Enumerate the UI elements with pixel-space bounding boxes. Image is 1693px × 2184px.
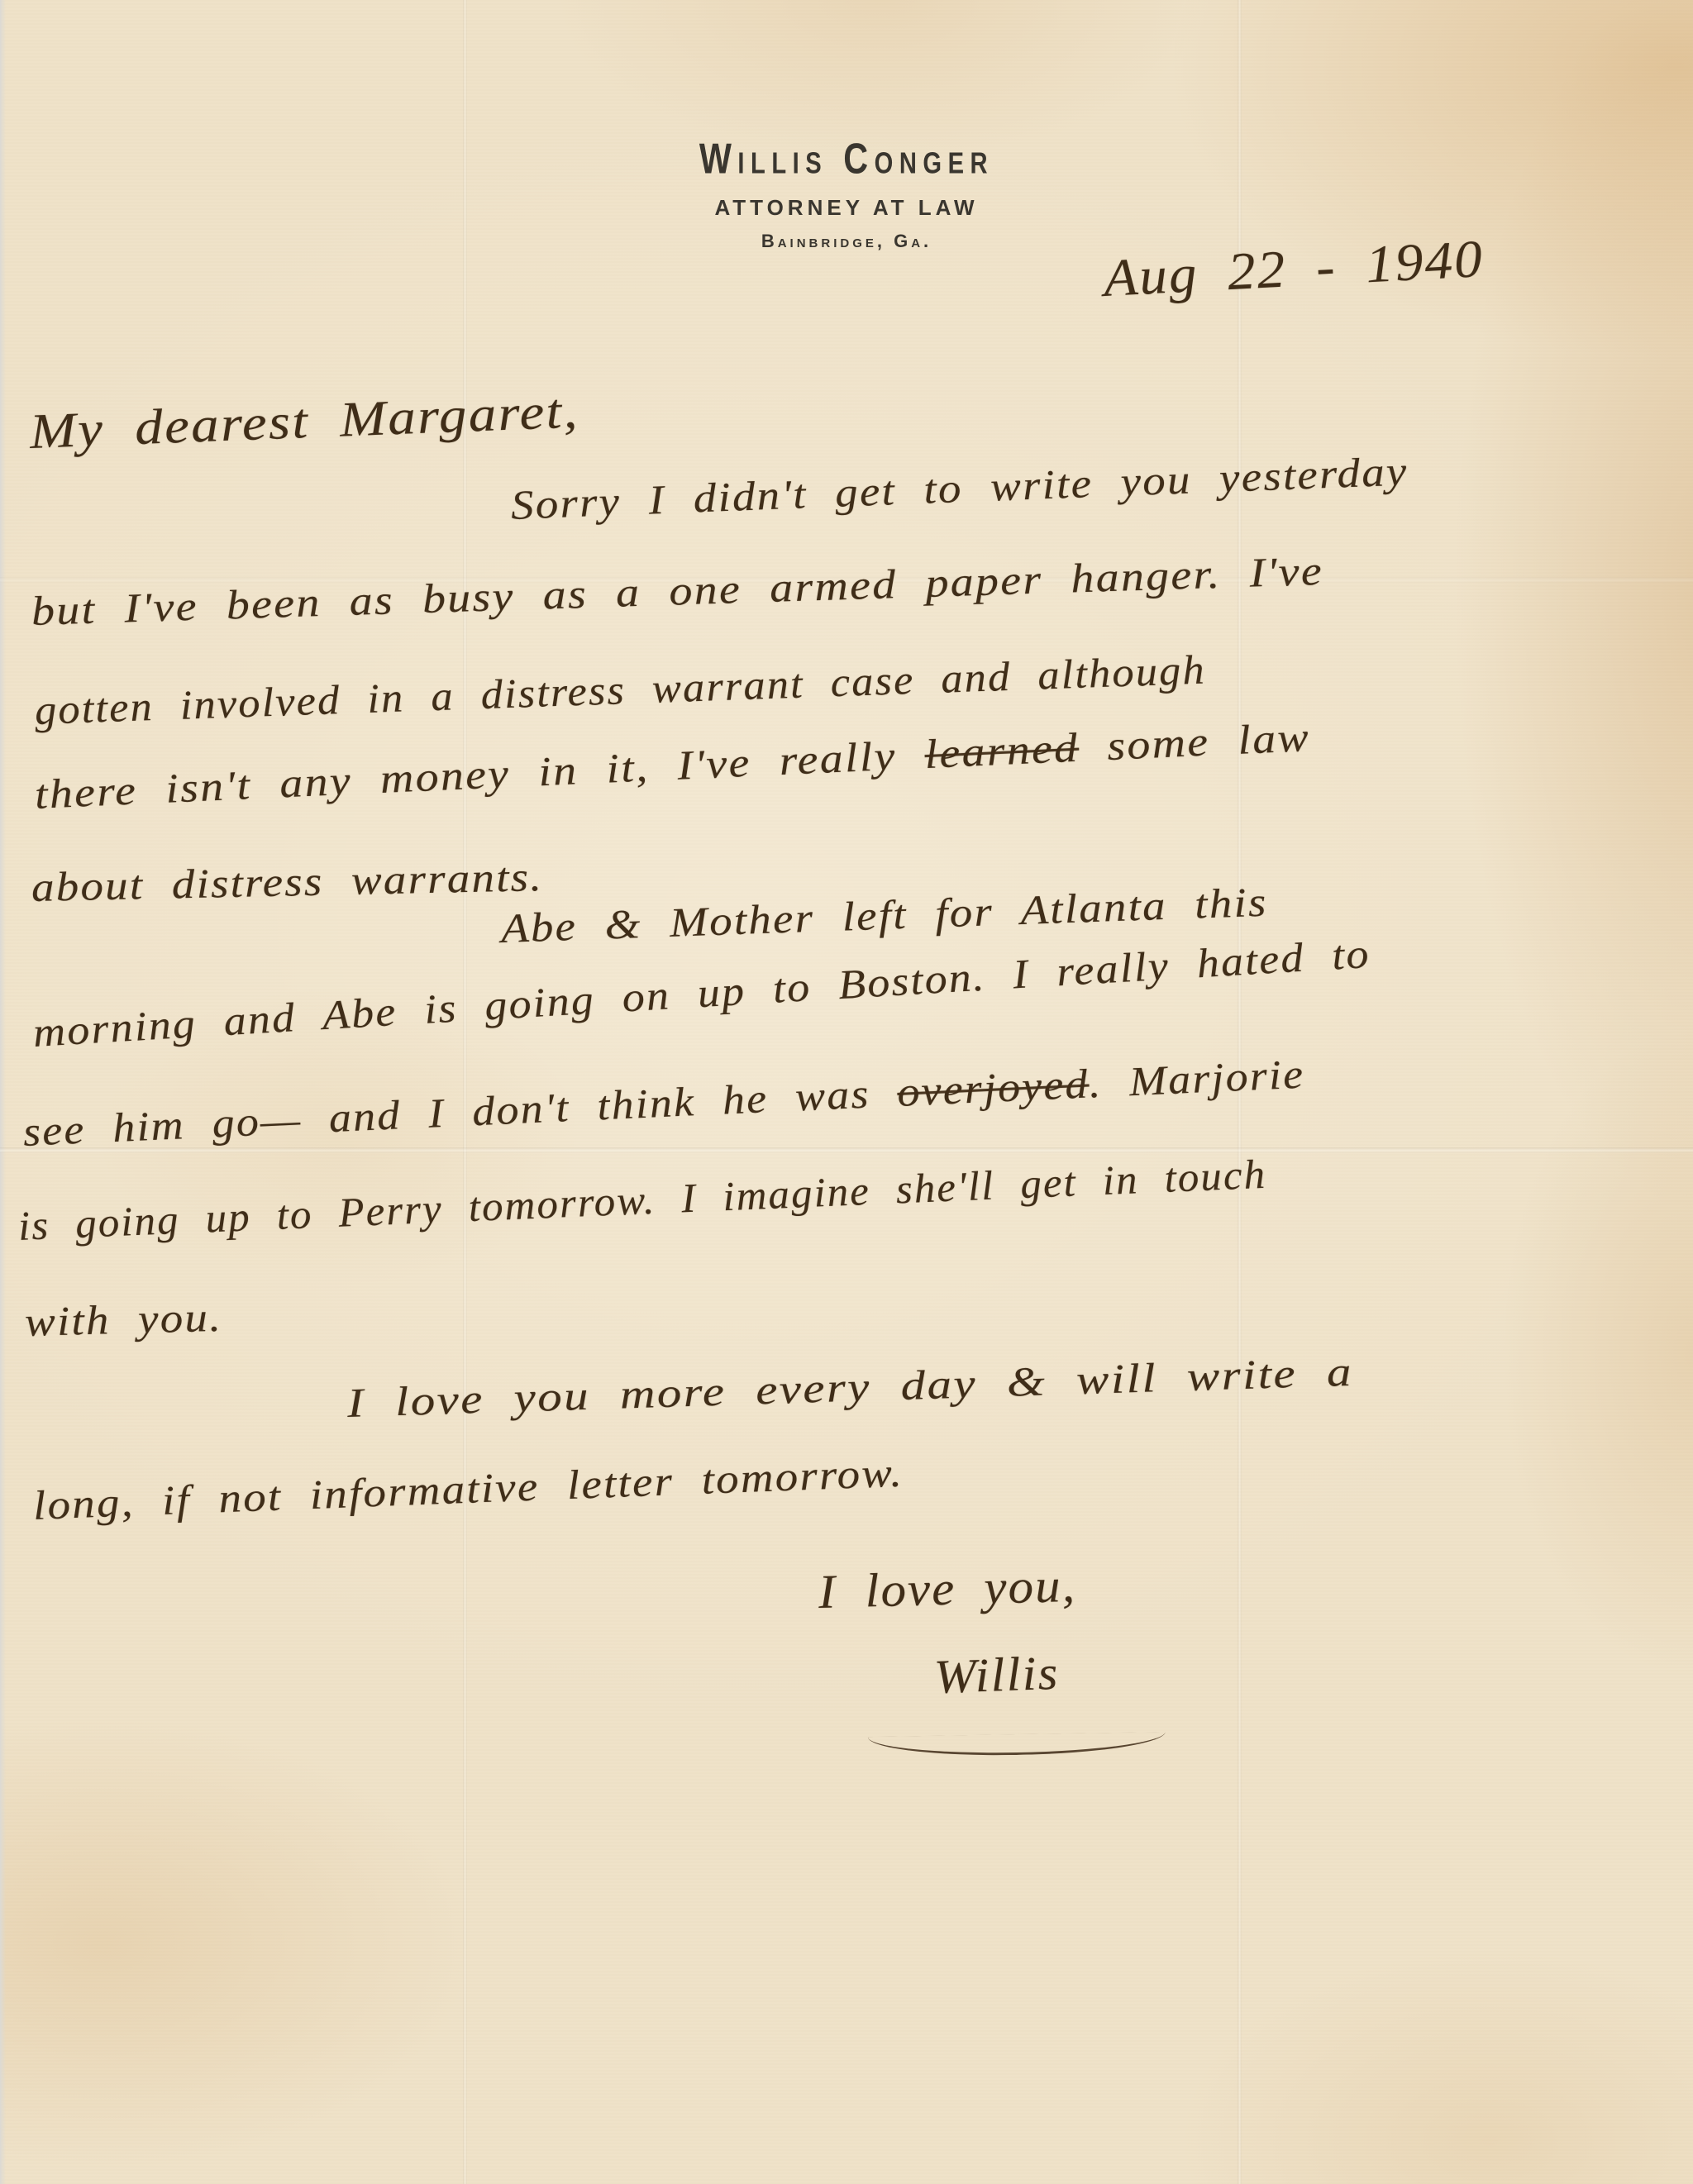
body-line-12: long, if not informative letter tomorrow… [32, 1448, 904, 1529]
body-line-5: about distress warrants. [31, 852, 543, 911]
salutation: My dearest Margaret, [29, 383, 580, 460]
letter-page: Willis Conger ATTORNEY AT LAW Bainbridge… [0, 0, 1693, 2184]
body-line-9: is going up to Perry tomorrow. I imagine… [17, 1150, 1267, 1250]
letterhead-title: ATTORNEY AT LAW [0, 195, 1693, 221]
body-line-2: but I've been as busy as a one armed pap… [31, 546, 1324, 635]
body-line-8-before: see him go— and I don't think he was [22, 1069, 899, 1155]
body-line-4-before: there isn't any money in it, I've really [34, 731, 926, 818]
signature: Willis [933, 1645, 1061, 1705]
fold-crease-horizontal-middle [0, 1147, 1693, 1153]
body-line-4-corrected-word: learned [923, 724, 1080, 777]
body-line-4: there isn't any money in it, I've really… [34, 713, 1311, 818]
body-line-4-after: some law [1078, 713, 1311, 770]
scanner-edge-strip [0, 0, 6, 2184]
body-line-1: Sorry I didn't get to write you yesterda… [510, 446, 1409, 529]
body-line-7: morning and Abe is going on up to Boston… [31, 929, 1371, 1056]
body-line-3: gotten involved in a distress warrant ca… [34, 646, 1207, 734]
body-line-8: see him go— and I don't think he was ove… [22, 1050, 1306, 1156]
signature-flourish-underline [868, 1732, 1166, 1757]
closing-line: I love you, [818, 1557, 1077, 1619]
body-line-8-struck-word: overjoyed [896, 1060, 1090, 1114]
body-line-10: with you. [24, 1293, 222, 1346]
letterhead-name: Willis Conger [50, 136, 1642, 184]
body-line-11: I love you more every day & will write a [346, 1347, 1354, 1427]
body-line-8-after: . Marjorie [1088, 1051, 1305, 1107]
